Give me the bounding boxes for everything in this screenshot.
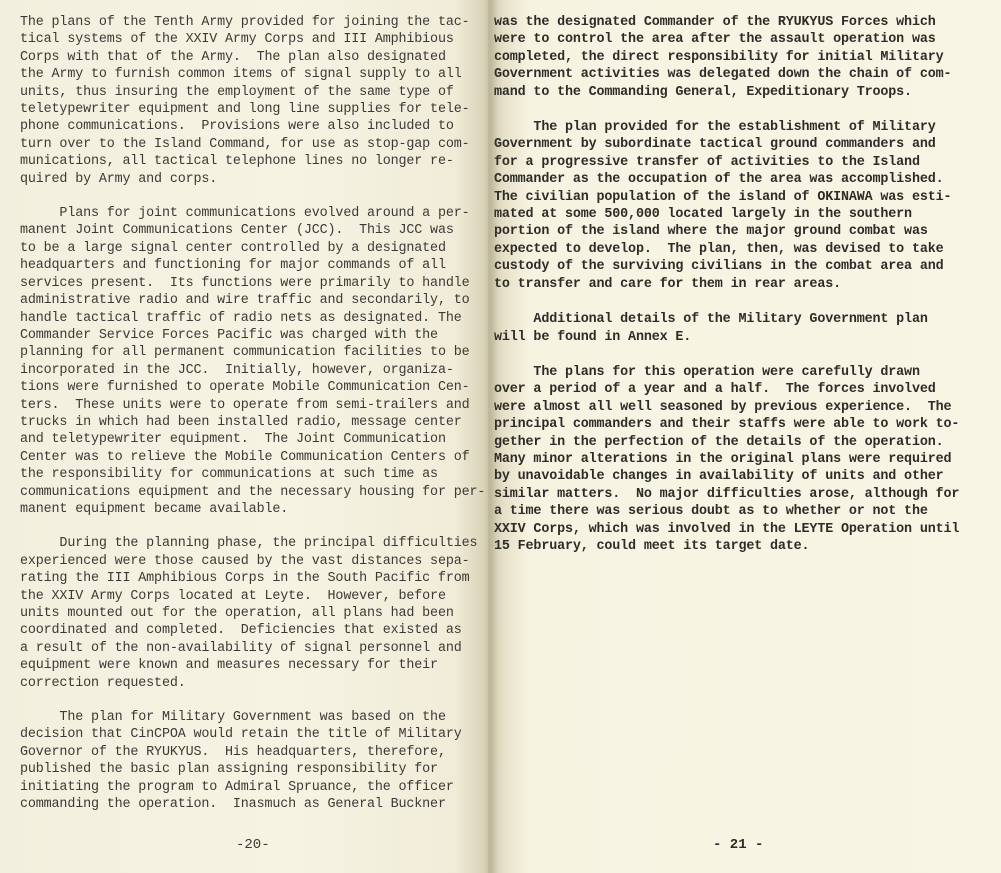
paragraph-civilian-population: The plan provided for the establishment … (494, 119, 1001, 293)
paragraph-military-government-plan: The plan for Military Government was bas… (20, 709, 488, 813)
paragraph-joint-communications: Plans for joint communications evolved a… (20, 205, 488, 518)
right-page: was the designated Commander of the RYUK… (488, 0, 1001, 873)
paragraph-operation-planning: The plans for this operation were carefu… (494, 364, 1001, 555)
page-number-left: -20- (236, 837, 270, 853)
paragraph-signal-systems: The plans of the Tenth Army provided for… (20, 14, 488, 188)
paragraph-annex-reference: Additional details of the Military Gover… (494, 311, 1001, 346)
paragraph-commander-ryukyus: was the designated Commander of the RYUK… (494, 14, 1001, 101)
left-page: The plans of the Tenth Army provided for… (0, 0, 488, 873)
paragraph-planning-difficulties: During the planning phase, the principal… (20, 535, 488, 692)
page-number-right: - 21 - (713, 837, 763, 853)
book-spread: The plans of the Tenth Army provided for… (0, 0, 1001, 873)
